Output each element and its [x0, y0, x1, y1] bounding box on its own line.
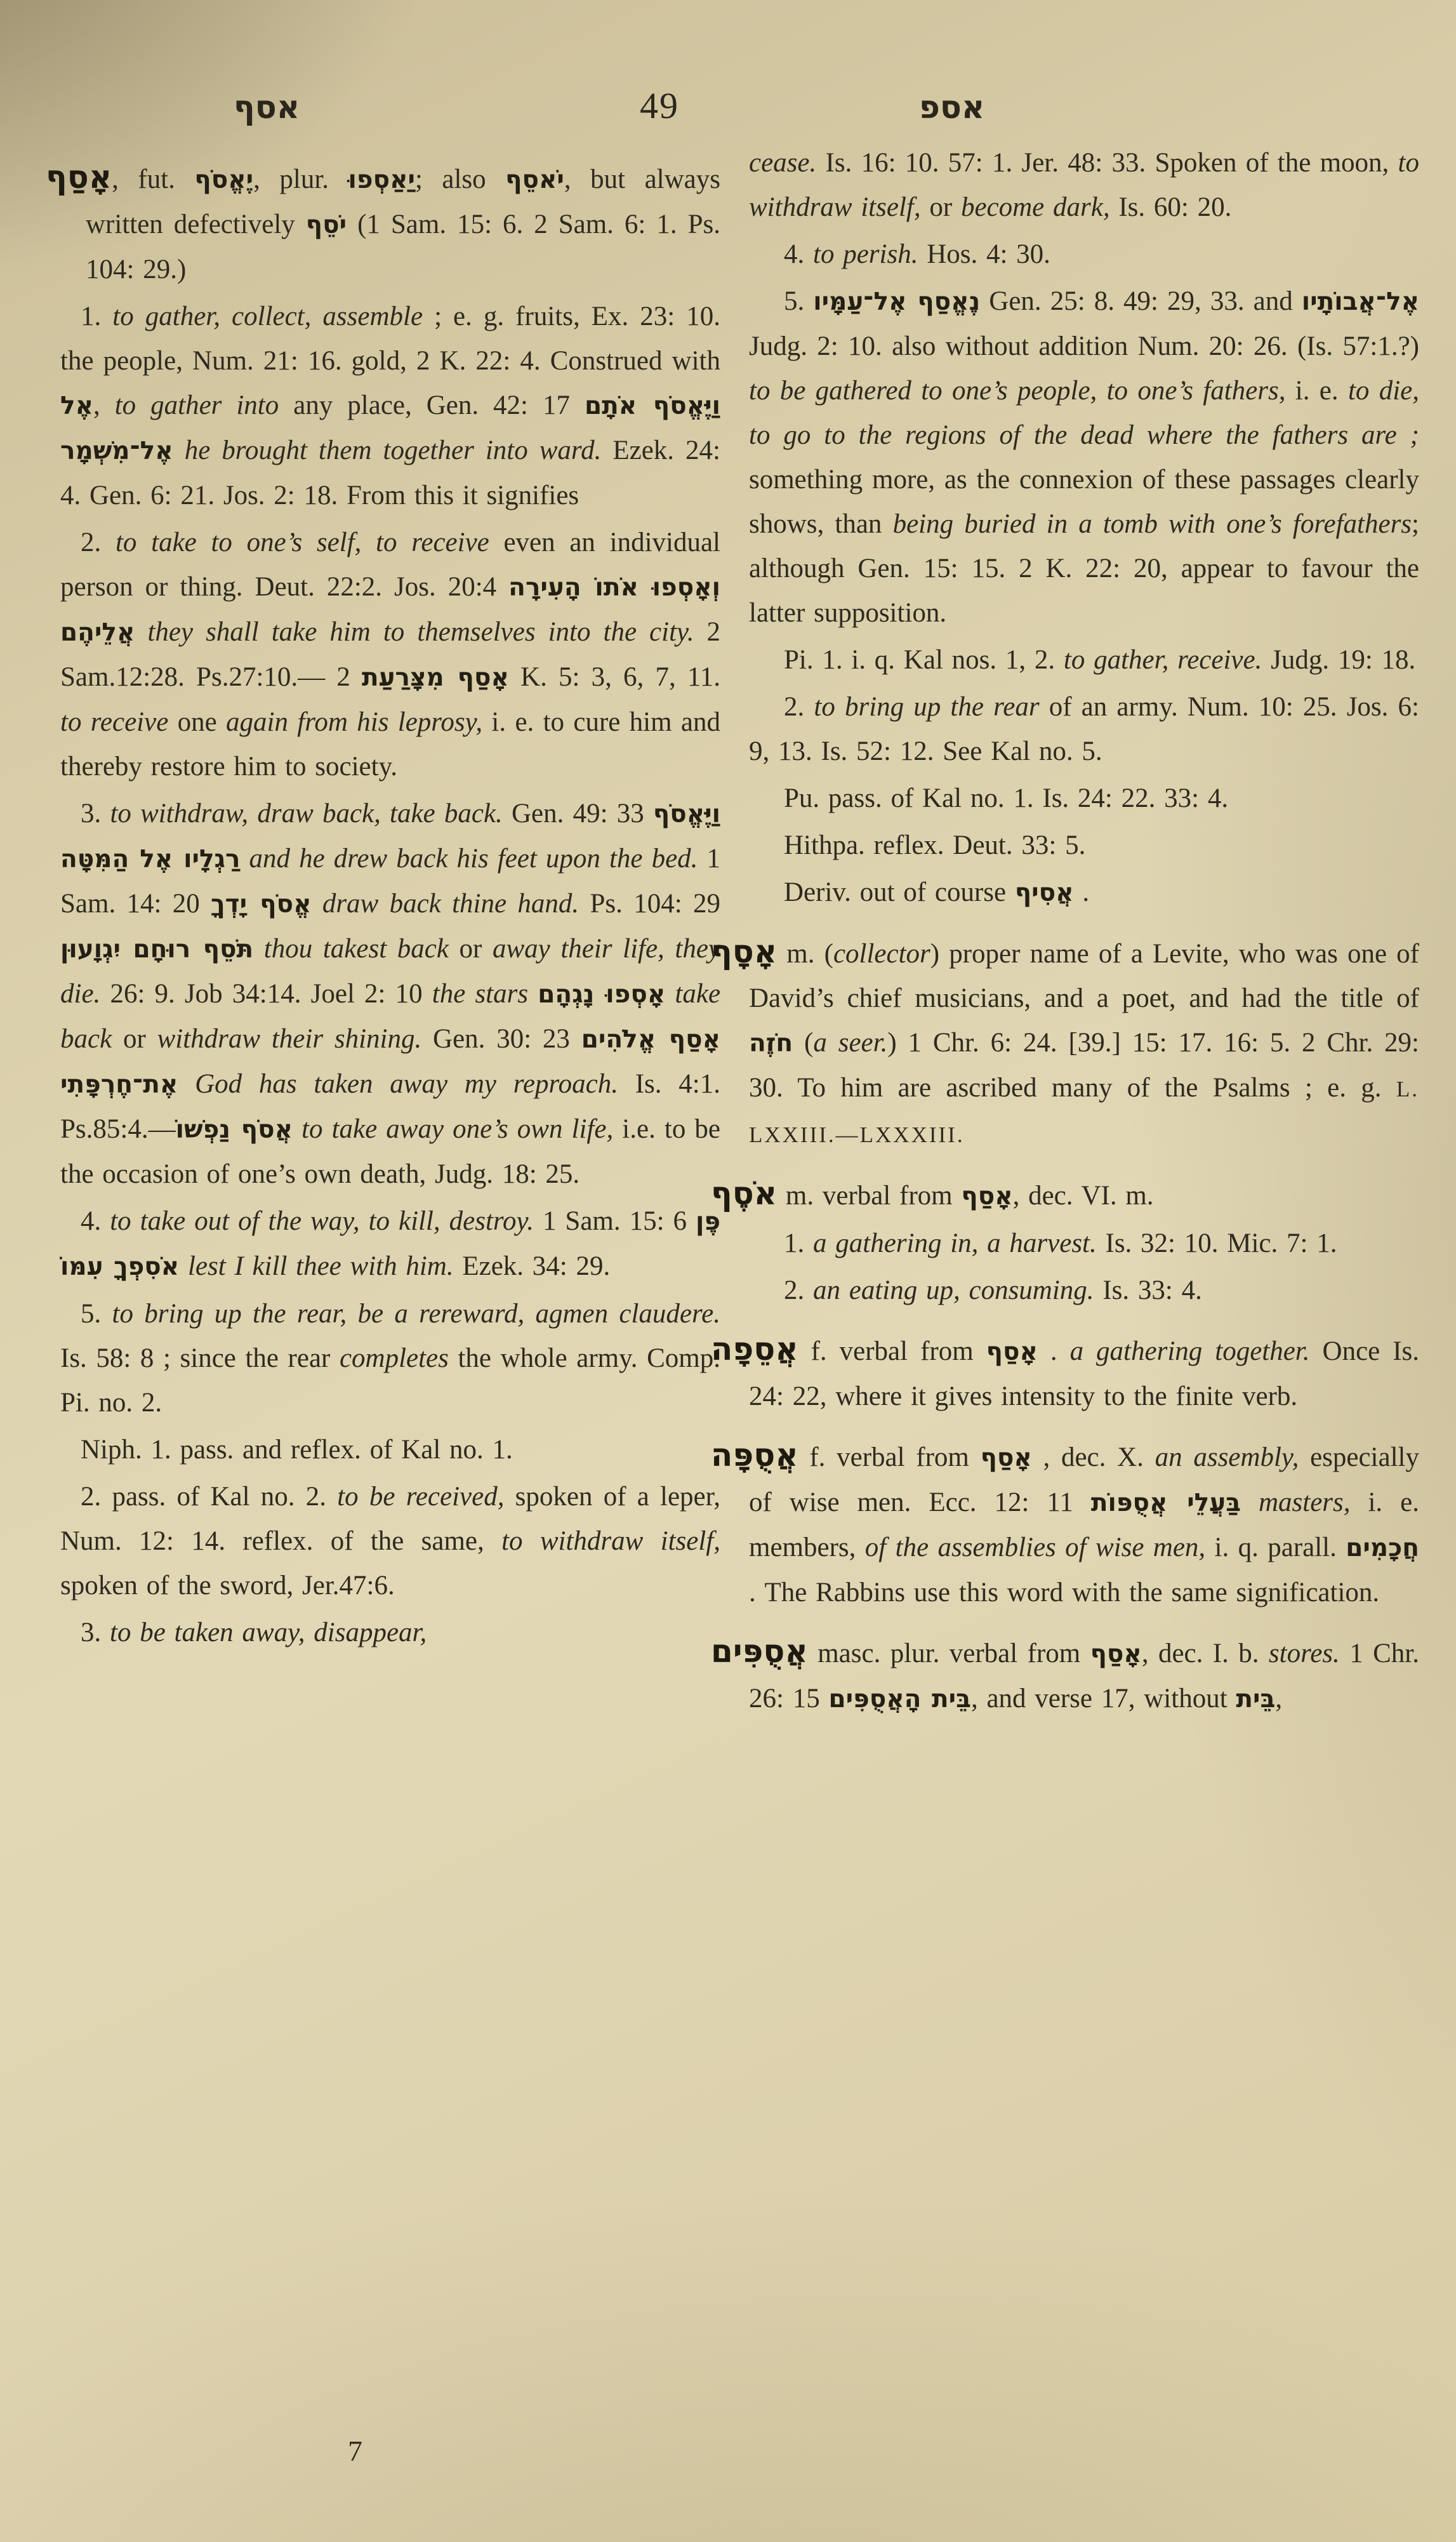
text-run: Deriv. out of course	[784, 877, 1015, 907]
text-run: 2.	[784, 692, 814, 722]
text-run: to take away one’s own life,	[301, 1114, 613, 1144]
hebrew-text: יֶאֱסֹף	[194, 166, 253, 194]
text-run: to be taken away, disappear,	[110, 1618, 427, 1647]
text-run: , dec. VI. m.	[1013, 1181, 1154, 1211]
text-run: to perish.	[813, 239, 918, 269]
text-run	[135, 617, 147, 647]
text-run: f. verbal from	[798, 1336, 986, 1366]
text-run: 2. pass. of Kal no. 2.	[81, 1482, 337, 1512]
text-run: thou takest back	[264, 934, 449, 964]
text-run: collector	[833, 939, 930, 969]
hebrew-text: אֲסֻפִּים	[711, 1633, 808, 1670]
entry-asaph-verb: אָסַף, fut. יֶאֱסֹף, plur. יַאַסְפוּ; al…	[38, 155, 720, 292]
text-run: stores.	[1269, 1639, 1340, 1668]
text-run: draw back thine hand.	[322, 889, 579, 919]
niphal-3: 3. to be taken away, disappear,	[38, 1611, 720, 1655]
left-column: אָסַף, fut. יֶאֱסֹף, plur. יַאַסְפוּ; al…	[38, 141, 720, 1658]
entry-asaph-name: אָסָף m. (collector) proper name of a Le…	[660, 929, 1419, 1157]
niphal-3-continued: cease. Is. 16: 10. 57: 1. Jer. 48: 33. S…	[660, 141, 1419, 230]
text-run: 2.	[81, 528, 116, 557]
text-run: .	[1074, 877, 1090, 907]
hebrew-text: חֲכָמִים	[1346, 1534, 1419, 1562]
text-run: lest I kill thee with him.	[188, 1251, 454, 1281]
text-run: masc. plur. verbal from	[808, 1639, 1090, 1668]
text-run: Gen. 25: 8. 49: 29, 33. and	[980, 286, 1302, 316]
text-run: one	[168, 707, 226, 737]
text-run: to bring up the rear, be a rereward, agm…	[112, 1299, 720, 1329]
hebrew-text: אֹסֶף	[711, 1175, 777, 1212]
text-run: m. verbal from	[777, 1181, 961, 1211]
text-run: Pi. 1. i. q. Kal nos. 1, 2.	[784, 645, 1064, 675]
entry-asefah: אֲסֵפָה f. verbal from אָסַף . a gatheri…	[660, 1327, 1419, 1419]
text-run	[1241, 1487, 1259, 1517]
hebrew-text: אָסַף	[46, 159, 112, 196]
text-run: again from his leprosy,	[226, 707, 482, 737]
hebrew-text: אָסַף מִצָּרַעַת	[362, 663, 509, 692]
piel-1: Pi. 1. i. q. Kal nos. 1, 2. to gather, r…	[660, 638, 1419, 682]
sense-1-gather: 1. to gather, collect, assemble ; e. g. …	[38, 295, 720, 518]
text-run: a seer.	[813, 1028, 887, 1058]
text-run: 1.	[81, 302, 112, 331]
text-run: ,	[1275, 1684, 1282, 1714]
text-run: Pu. pass. of Kal no. 1. Is. 24: 22. 33: …	[784, 783, 1228, 813]
text-run: they shall take him to themselves into t…	[147, 617, 694, 647]
text-run: an eating up, consuming.	[813, 1275, 1094, 1305]
header-catchword-right: אספ	[919, 79, 984, 136]
osef-sense-1: 1. a gathering in, a harvest. Is. 32: 10…	[660, 1221, 1419, 1266]
text-run: , plur.	[253, 164, 348, 194]
text-run: to take to one’s self, to receive	[116, 528, 489, 557]
text-run: a gathering together.	[1070, 1336, 1310, 1366]
text-run: to be gathered to one’s people, to one’s…	[749, 376, 1285, 406]
text-run: , dec. I. b.	[1142, 1639, 1269, 1668]
niphal-4-perish: 4. to perish. Hos. 4: 30.	[660, 232, 1419, 277]
entry-osef: אֹסֶף m. verbal from אָסַף, dec. VI. m.	[660, 1171, 1419, 1219]
text-run: 1.	[784, 1228, 813, 1258]
text-run: f. verbal from	[798, 1442, 981, 1472]
hebrew-text: אָסַף	[986, 1338, 1038, 1366]
text-run: Is. 33: 4.	[1094, 1275, 1202, 1305]
text-run: completes	[340, 1343, 449, 1373]
text-run: Ezek. 34: 29.	[454, 1251, 611, 1281]
text-run: . The Rabbins use this word with the sam…	[749, 1578, 1379, 1607]
text-run: to gather into	[115, 390, 279, 420]
text-run: become dark,	[961, 192, 1110, 222]
text-run: to bring up the rear	[814, 692, 1039, 722]
text-run: , and verse 17, without	[971, 1684, 1236, 1714]
text-run: 5.	[784, 286, 813, 316]
text-run: Hithpa. reflex. Deut. 33: 5.	[784, 830, 1085, 860]
text-run: a gathering in, a harvest.	[813, 1228, 1097, 1258]
text-run: withdraw their shining.	[157, 1024, 422, 1054]
hebrew-text: אֱסֹף יָדְךָ	[211, 890, 311, 919]
text-run: the stars	[432, 979, 528, 1009]
entry-asuppim: אֲסֻפִּים masc. plur. verbal from אָסַף,…	[660, 1629, 1419, 1722]
text-run	[528, 979, 538, 1009]
text-run: Is. 60: 20.	[1110, 192, 1232, 222]
text-run: Is. 32: 10. Mic. 7: 1.	[1097, 1228, 1337, 1258]
text-run: 4.	[784, 239, 813, 269]
signature-mark: 7	[348, 2434, 362, 2468]
text-run: m. (	[777, 939, 833, 969]
text-run: or	[449, 934, 493, 964]
hebrew-text: אָסַף	[1090, 1640, 1142, 1668]
hebrew-text: אֲסִיף	[1015, 879, 1074, 907]
text-run: 2.	[784, 1275, 813, 1305]
hebrew-text: אֲסֻפָּה	[711, 1437, 798, 1474]
text-run: Is. 16: 10. 57: 1. Jer. 48: 33. Spoken o…	[816, 148, 1398, 178]
text-run: to gather, receive.	[1064, 645, 1262, 675]
text-run: being buried in a tomb with one’s forefa…	[893, 509, 1412, 539]
text-run: Judg. 19: 18.	[1262, 645, 1415, 675]
text-run: to take out of the way, to kill, destroy…	[110, 1206, 534, 1236]
hebrew-text: חֹזֶה	[749, 1029, 793, 1058]
sense-4-kill: 4. to take out of the way, to kill, dest…	[38, 1199, 720, 1289]
text-run: or	[921, 192, 961, 222]
pual: Pu. pass. of Kal no. 1. Is. 24: 22. 33: …	[660, 776, 1419, 821]
text-run: or	[112, 1024, 157, 1054]
text-run: 26: 9. Job 34:14. Joel 2: 10	[100, 979, 432, 1009]
entry-asuppah: אֲסֻפָּה f. verbal from אָסַף , dec. X. …	[660, 1433, 1419, 1615]
sense-2-receive: 2. to take to one’s self, to receive eve…	[38, 521, 720, 789]
text-run: Is. 58: 8 ; since the rear	[60, 1343, 340, 1373]
text-run: ; also	[415, 164, 505, 194]
text-run: 4.	[81, 1206, 110, 1236]
derivative-note: Deriv. out of course אֲסִיף .	[660, 870, 1419, 915]
hebrew-text: תֹּסֵף רוּחָם יִגְוָעוּן	[60, 935, 253, 964]
header-catchword-left: אסף	[234, 79, 300, 136]
text-run: ,	[93, 390, 115, 420]
text-run: God has taken away my reproach.	[195, 1069, 618, 1099]
text-run: to receive	[60, 707, 168, 737]
niphal-2: 2. pass. of Kal no. 2. to be received, s…	[38, 1475, 720, 1608]
hebrew-text: אֲסֹף נַפְשׁוֹ	[176, 1115, 293, 1144]
text-run: i. e.	[1285, 376, 1347, 406]
sense-5-rear: 5. to bring up the rear, be a rereward, …	[38, 1292, 720, 1425]
text-run	[311, 889, 322, 919]
sense-3-withdraw: 3. to withdraw, draw back, take back. Ge…	[38, 792, 720, 1197]
text-run: .	[1038, 1336, 1070, 1366]
text-run: cease.	[749, 148, 816, 178]
niphal-5-gathered: 5. נֶאֱסַף אֶל־עַמָּיו Gen. 25: 8. 49: 2…	[660, 279, 1419, 635]
text-run: spoken of the sword, Jer.47:6.	[60, 1571, 395, 1600]
hebrew-text: אֶל־אֲבוֹתָיו	[1302, 288, 1419, 316]
text-run: Gen. 49: 33	[503, 799, 653, 828]
hebrew-text: אָסָף	[711, 933, 777, 970]
hebrew-text: אֲסֵפָה	[711, 1331, 798, 1367]
hebrew-text: אָסַף	[981, 1444, 1032, 1472]
hebrew-text: יֹסֵף	[306, 211, 347, 239]
text-run: 5.	[81, 1299, 112, 1329]
text-run: Hos. 4: 30.	[918, 239, 1050, 269]
text-run: Judg. 2: 10. also without addition Num. …	[749, 331, 1419, 361]
right-column: cease. Is. 16: 10. 57: 1. Jer. 48: 33. S…	[660, 141, 1419, 1724]
text-run: 3.	[81, 1618, 110, 1647]
text-run: of the assemblies of wise men,	[865, 1533, 1205, 1562]
text-run: an assembly,	[1155, 1442, 1299, 1472]
text-run	[173, 436, 185, 465]
hebrew-text: בֵּית	[1236, 1685, 1275, 1714]
hithpael: Hithpa. reflex. Deut. 33: 5.	[660, 823, 1419, 868]
text-run: to gather, collect, assemble	[112, 302, 423, 331]
text-run: to be received,	[337, 1482, 504, 1512]
text-run	[240, 844, 249, 874]
text-run: any place, Gen. 42: 17	[279, 390, 585, 420]
niphal-1: Niph. 1. pass. and reflex. of Kal no. 1.	[38, 1428, 720, 1472]
text-run	[293, 1114, 301, 1144]
osef-sense-2: 2. an eating up, consuming. Is. 33: 4.	[660, 1268, 1419, 1313]
hebrew-text: אֶל	[60, 392, 93, 420]
text-run: (	[793, 1028, 813, 1058]
text-run: he brought them together into ward.	[185, 436, 602, 465]
hebrew-text: יֹאסֵף	[505, 166, 564, 194]
text-run: Gen. 30: 23	[421, 1024, 581, 1054]
text-run: , dec. X.	[1032, 1442, 1155, 1472]
text-run: 3.	[81, 799, 110, 828]
hebrew-text: אָסַף	[961, 1182, 1012, 1211]
text-run: and he drew back his feet upon the bed.	[249, 844, 698, 874]
hebrew-text: אָסְפוּ נָגְהָם	[538, 980, 665, 1009]
text-run	[178, 1069, 195, 1099]
text-run: Niph. 1. pass. and reflex. of Kal no. 1.	[81, 1435, 513, 1465]
hebrew-text: בֵּית הָאֲסֻפִּים	[828, 1685, 970, 1714]
text-run	[253, 934, 264, 964]
text-run: to withdraw, draw back, take back.	[110, 799, 502, 828]
hebrew-text: בַּעֲלֵי אֲסֻפּוֹת	[1091, 1489, 1241, 1517]
text-run: , fut.	[112, 164, 194, 194]
text-run	[179, 1251, 188, 1281]
lexicon-page: אסף 49 אספ אָסַף, fut. יֶאֱסֹף, plur. יַ…	[0, 0, 1456, 2542]
piel-2: 2. to bring up the rear of an army. Num.…	[660, 685, 1419, 774]
hebrew-text: נֶאֱסַף אֶל־עַמָּיו	[813, 288, 980, 316]
text-run: masters,	[1259, 1487, 1351, 1517]
hebrew-text: יַאַסְפוּ	[348, 166, 415, 194]
text-run: i. q. parall.	[1205, 1533, 1346, 1562]
page-number: 49	[640, 77, 679, 135]
